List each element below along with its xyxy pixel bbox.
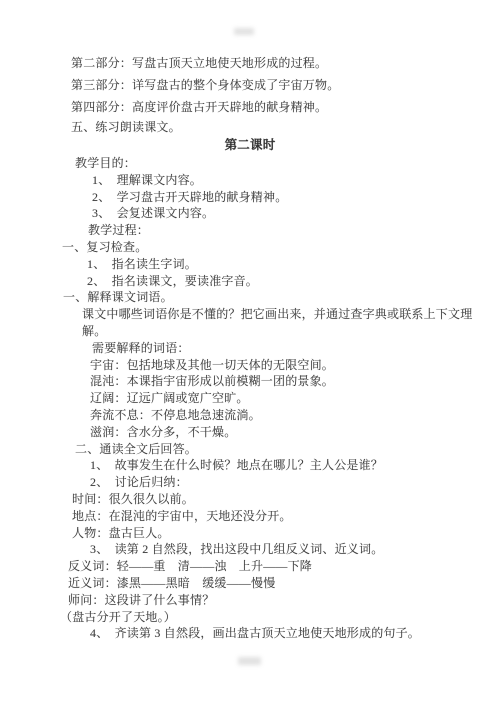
doc-line: 混沌：本课指宇宙形成以前模糊一团的景象。 <box>90 373 462 390</box>
doc-line: 课文中哪些词语你是不懂的？把它画出来，并通过查字典或联系上下文理 <box>82 306 462 323</box>
doc-line: 教学过程： <box>88 222 462 239</box>
doc-line: 解。 <box>82 323 462 340</box>
doc-line: 1、 理解课文内容。 <box>92 172 462 189</box>
doc-line: 宇宙：包括地球及其他一切天体的无限空间。 <box>90 357 462 374</box>
doc-line: 一、解释课文词语。 <box>63 289 462 306</box>
doc-line: 滋润：含水分多，不干燥。 <box>90 424 462 441</box>
doc-line: 2、 学习盘古开天辟地的献身精神。 <box>92 189 462 206</box>
doc-line: 教学目的： <box>75 155 462 172</box>
doc-line: 反义词：轻——重 清——浊 上升——下降 <box>68 558 462 575</box>
watermark-smudge-bottom <box>238 657 261 665</box>
doc-line: 一、复习检查。 <box>62 239 462 256</box>
doc-line: 五、练习朗读课文。 <box>71 118 462 136</box>
doc-line: 3、 读第 2 自然段，找出这段中几组反义词、近义词。 <box>90 541 462 558</box>
doc-line: 需要解释的词语： <box>92 340 462 357</box>
doc-line: 辽阔：辽远广阔或宽广空旷。 <box>90 390 462 407</box>
doc-line: 2、 指名读课文，要读准字音。 <box>87 273 462 290</box>
doc-line: 时间：很久很久以前。 <box>72 491 462 508</box>
doc-line: 近义词：漆黑——黑暗 缓缓——慢慢 <box>68 575 462 592</box>
lesson-session-heading: 第二课时 <box>38 136 462 155</box>
doc-line: 二、通读全文后回答。 <box>75 441 462 458</box>
doc-line: 第四部分：高度评价盘古开天辟地的献身精神。 <box>71 96 462 118</box>
document-body: 第二部分：写盘古顶天立地使天地形成的过程。 第三部分：详写盘古的整个身体变成了宇… <box>62 52 462 642</box>
doc-line: 第三部分：详写盘古的整个身体变成了宇宙万物。 <box>71 74 462 96</box>
document-page: 第二部分：写盘古顶天立地使天地形成的过程。 第三部分：详写盘古的整个身体变成了宇… <box>0 0 500 707</box>
doc-line: 奔流不息：不停息地急速流淌。 <box>90 407 462 424</box>
doc-line: 第二部分：写盘古顶天立地使天地形成的过程。 <box>71 52 462 74</box>
doc-line: 师问：这段讲了什么事情？ <box>68 592 462 609</box>
doc-line: 1、 故事发生在什么时候？地点在哪儿？主人公是谁？ <box>90 457 462 474</box>
doc-line: （盘古分开了天地。） <box>60 609 462 626</box>
doc-line: 1、 指名读生字词。 <box>87 256 462 273</box>
doc-line: 地点：在混沌的宇宙中，天地还没分开。 <box>72 508 462 525</box>
doc-line: 4、 齐读第 3 自然段，画出盘古顶天立地使天地形成的句子。 <box>90 625 462 642</box>
doc-line: 人物：盘古巨人。 <box>72 525 462 542</box>
doc-line: 3、 会复述课文内容。 <box>92 205 462 222</box>
doc-line: 2、 讨论后归纳： <box>90 474 462 491</box>
watermark-smudge-top <box>234 28 254 35</box>
